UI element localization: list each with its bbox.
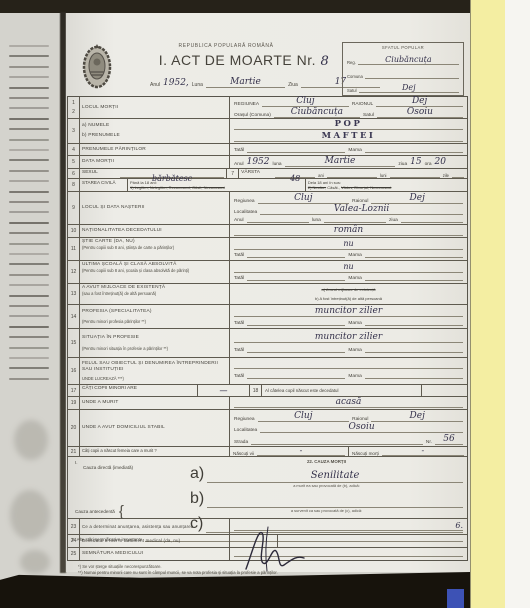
binding-stub-line: [9, 201, 49, 203]
binding-stub-line: [9, 347, 49, 349]
binding-stub-line: [9, 326, 49, 328]
binding-stub-line: [9, 97, 49, 99]
binding-stub-line: [9, 159, 49, 161]
field-content: nu Tatăl Mama: [230, 261, 467, 283]
corner-value: Dej: [402, 83, 416, 92]
binding-stub-line: [9, 243, 49, 245]
blue-mark: [447, 589, 464, 608]
scan-smudge: [14, 420, 48, 460]
row-number: 13: [68, 284, 80, 304]
row-number: 14: [68, 305, 80, 328]
form-table: 12 LOCUL MORȚII REGIUNEA Cluj RAIONUL De…: [67, 96, 468, 561]
scan-bottom-edge: [0, 572, 470, 608]
scan-smudge: [10, 490, 50, 540]
binding-stub-line: [9, 222, 49, 224]
binding-stub-line: [9, 118, 49, 120]
row-nume-prenume: 3 a) NUMELEb) PRENUMELE POP MAFTEI: [68, 119, 467, 144]
row-number: 15: [68, 329, 80, 357]
anul-value: 1952,: [163, 79, 189, 88]
binding-stub-line: [9, 305, 49, 307]
row-nationalitatea: 10 NAȚIONALITATEA DECEDATULUI român: [68, 225, 467, 238]
binding-stub-line: [9, 232, 49, 234]
field-label: ȘTIE CARTE (DA, NU) (Pentru copiii sub 8…: [80, 238, 230, 260]
field-label: LOCUL MORȚII: [80, 97, 230, 118]
row-number: 12: [68, 261, 80, 283]
row-stie-carte: 11 ȘTIE CARTE (DA, NU) (Pentru copiii su…: [68, 238, 467, 261]
coat-of-arms-icon: [80, 41, 114, 91]
field-content: nu Tatăl Mama: [230, 238, 467, 260]
hand-mark: 6.: [455, 521, 463, 530]
field-label: NAȚIONALITATEA DECEDATULUI: [80, 225, 230, 237]
field-label: A AVUT MIJLOACE DE EXISTENȚĂ (sau a fost…: [80, 284, 230, 304]
row-situatia-profesie: 15 SITUAȚIA ÎN PROFESIE (Pentru minori s…: [68, 329, 467, 358]
row-number: 24: [68, 535, 80, 547]
row-locul-mortii: 12 LOCUL MORȚII REGIUNEA Cluj RAIONUL De…: [68, 97, 467, 119]
field-label: CÂȚI COPII MINORI ARE: [80, 385, 198, 396]
country-title: REPUBLICA POPULARĂ ROMÂNĂ: [124, 43, 328, 49]
field-label: PRENUMELE PĂRINȚILOR: [80, 144, 230, 155]
binding-stub-line: [9, 45, 49, 47]
scan-top-edge: [0, 0, 470, 13]
field-label: UNDE A AVUT DOMICILIUL STABIL: [80, 410, 230, 446]
field-content: POP MAFTEI: [230, 119, 467, 143]
luna-label: Luna: [192, 82, 203, 88]
row-number: 23: [68, 519, 80, 534]
row-number: 6: [68, 169, 80, 178]
civil-status-over18: Dela 18 ani în sus: 2) Necăs., Căsăt., V…: [306, 179, 467, 191]
field-label: VÂRSTA: [239, 169, 275, 178]
corner-label: Reg.: [347, 60, 356, 65]
row-number: 21: [68, 447, 80, 456]
row-copii-minori: 17 CÂȚI COPII MINORI ARE — 18 Al câtelea…: [68, 385, 467, 397]
row-determinat: 23 Ce a determinat anunțarea, asistența …: [68, 519, 467, 535]
act-number: 8: [320, 54, 329, 69]
field-label: PROFESIA (SPECIALITATEA) (Pentru minori …: [80, 305, 230, 328]
death-place-value: acasă: [336, 397, 362, 407]
binding-stub-line: [9, 128, 49, 130]
field-content: Anul 1952 luna Martie ziua 15 ora 20: [230, 156, 467, 168]
nationality-value: român: [334, 225, 363, 235]
born-alive: Născuți vii -: [230, 447, 348, 456]
certificate-page: REPUBLICA POPULARĂ ROMÂNĂ I. ACT DE MOAR…: [66, 13, 470, 572]
field-label: Ce a determinat anunțarea, asistența sau…: [80, 519, 230, 534]
row-data-mortii: 5 DATA MORȚII Anul 1952 luna Martie ziua…: [68, 156, 467, 169]
field-content: român: [230, 225, 467, 237]
binding-stub-line: [9, 76, 49, 78]
row-number: 12: [68, 97, 80, 118]
row-number: 19: [68, 397, 80, 409]
cause-direct-value: Senilitate: [311, 470, 360, 481]
binding-stub-line: [9, 66, 49, 68]
corner-label: Satul: [347, 88, 357, 93]
row-starea-civila: 8 STAREA CIVILĂ Până la 18 ani: 1) Legit…: [68, 179, 467, 192]
binding-stub-line: [9, 295, 49, 297]
binding-stub-line: [9, 149, 49, 151]
row-prenumele-parintilor: 4 PRENUMELE PĂRINȚILOR Tatăl Mama: [68, 144, 467, 156]
anul-label: Anul: [150, 82, 160, 88]
field-content: Regiunea Cluj Raionul Dej Localitatea Va…: [230, 192, 467, 224]
binding-stub-line: [9, 180, 49, 182]
field-label: SEMNĂTURA MEDICULUI: [80, 548, 230, 560]
row-copii-nascuti: 21 Câți copii a născut femeia care a mur…: [68, 447, 467, 457]
row-semnatura: 25 SEMNĂTURA MEDICULUI: [68, 548, 467, 560]
field-label: SITUAȚIA ÎN PROFESIE (Pentru minori situ…: [80, 329, 230, 357]
binding-stub-line: [9, 139, 49, 141]
binding-stub-line: [9, 336, 49, 338]
birth-order-box: [421, 385, 467, 396]
field-content: Tatăl Mama: [230, 358, 467, 384]
binding-stubs: [7, 45, 51, 395]
row-locul-nasterii: 9 LOCUL ȘI DATA NAȘTERII Regiunea Cluj R…: [68, 192, 467, 225]
field-label: ULTIMA ȘCOALĂ ȘI CLASĂ ABSOLVITĂ (Pentru…: [80, 261, 230, 283]
binding-stub-line: [9, 107, 49, 109]
document-title: I. ACT DE MOARTE Nr. 8: [118, 52, 370, 68]
sfatul-popular-title: SFATUL POPULAR: [347, 45, 459, 50]
row-number: 9: [68, 192, 80, 224]
luna-value: Martie: [230, 77, 261, 87]
row-number: 3: [68, 119, 80, 143]
field-content: Regiunea Cluj Raionul Dej Localitatea Os…: [230, 410, 467, 446]
option-a: a) A avut mijloace de existență: [234, 287, 463, 292]
row-sexul-varsta: 6 SEXUL bărbătesc 7 VÂRSTA 48 ani luni z…: [68, 169, 467, 179]
field-content: 6.: [230, 519, 467, 534]
field-content: REGIUNEA Cluj RAIONUL Dej Orașul (Comuna…: [230, 97, 467, 118]
cause-note-b: a survenit ca sau provocată de (c), adic…: [190, 508, 463, 513]
profession-value: muncitor zilier: [315, 306, 382, 316]
row-number: 16: [68, 358, 80, 384]
field-content: Tatăl Mama: [230, 144, 467, 155]
title-text: I. ACT DE MOARTE Nr.: [159, 52, 316, 68]
binding-stub-line: [9, 367, 49, 369]
field-label: STAREA CIVILĂ: [80, 179, 128, 191]
field-label: UNDE A MURIT: [80, 397, 230, 409]
binding-stub-line: [9, 378, 49, 380]
row-unde-a-murit: 19 UNDE A MURIT acasă: [68, 397, 467, 410]
binding-stub-line: [9, 211, 49, 213]
row-tratament: 24 Decedatul a fost în tratament medical…: [68, 535, 467, 548]
signature-area: [230, 548, 467, 560]
binding-stub-line: [9, 87, 49, 89]
civil-status-under18: Până la 18 ani: 1) Legitim, Nelegitim, R…: [128, 179, 305, 191]
ziua-label: Ziua: [288, 82, 298, 88]
row-cauza-mortii: I. Cauza directă (imediată) 22. CAUZA MO…: [68, 457, 467, 519]
corner-label: Comuna: [347, 74, 363, 79]
row-number: 11: [68, 238, 80, 260]
binding-stub-line: [9, 357, 49, 359]
birth-order-label: Al câtelea copil născut este decedatul: [262, 385, 421, 396]
row-ultima-scoala: 12 ULTIMA ȘCOALĂ ȘI CLASĂ ABSOLVITĂ (Pen…: [68, 261, 467, 284]
field-label: LOCUL ȘI DATA NAȘTERII: [80, 192, 230, 224]
cause-section-title: 22. CAUZA MORȚII: [190, 459, 463, 464]
binding-stub-line: [9, 274, 49, 276]
row-felul-intreprinderii: 16 FELUL SAU OBIECTUL ȘI DENUMIREA ÎNTRE…: [68, 358, 467, 385]
scan-smudge: [20, 550, 50, 574]
field-label: DATA MORȚII: [80, 156, 230, 168]
row-number: 10: [68, 225, 80, 237]
binding-stub-line: [9, 253, 49, 255]
deceased-surname: POP: [335, 119, 363, 129]
row-number: 25: [68, 548, 80, 560]
row-domiciliul: 20 UNDE A AVUT DOMICILIUL STABIL Regiune…: [68, 410, 467, 447]
row-number: 18: [250, 385, 262, 396]
row-number: 5: [68, 156, 80, 168]
field-content: muncitor zilier Tatăl Mama: [230, 329, 467, 357]
scanned-death-certificate: REPUBLICA POPULARĂ ROMÂNĂ I. ACT DE MOAR…: [0, 0, 530, 608]
scan-right-margin: [505, 0, 530, 608]
binding-stub-line: [9, 55, 49, 57]
row-number: 17: [68, 385, 80, 396]
sfatul-popular-box: SFATUL POPULAR Reg. Ciubăncuța Comuna Sa…: [342, 42, 464, 96]
born-dead: Născuți morți -: [349, 447, 467, 456]
row-number: 20: [68, 410, 80, 446]
binding-stub-line: [9, 263, 49, 265]
treatment-box: [230, 535, 278, 547]
cause-direct-label: I. Cauza directă (imediată): [72, 459, 190, 488]
age-units: ani luni zile: [315, 169, 467, 178]
binding-stub-line: [9, 284, 49, 286]
field-label: Decedatul a fost în tratament medical (d…: [80, 535, 230, 547]
row-mijloace-existenta: 13 A AVUT MIJLOACE DE EXISTENȚĂ (sau a f…: [68, 284, 467, 305]
corner-value: Ciubăncuța: [385, 55, 432, 64]
deceased-firstname: MAFTEI: [322, 131, 376, 141]
yellow-strip: [470, 0, 505, 608]
field-content: muncitor zilier Tatăl Mama: [230, 305, 467, 328]
row-profesia: 14 PROFESIA (SPECIALITATEA) (Pentru mino…: [68, 305, 467, 329]
minor-children-value: —: [198, 385, 250, 396]
field-label: FELUL SAU OBIECTUL ȘI DENUMIREA ÎNTREPRI…: [80, 358, 230, 384]
row-number: 7: [227, 169, 239, 178]
binding-stub-line: [9, 170, 49, 172]
field-content: a) A avut mijloace de existență b) A fos…: [230, 284, 467, 304]
field-label: a) NUMELEb) PRENUMELE: [80, 119, 230, 143]
field-content: acasă: [230, 397, 467, 409]
binding-stub-line: [9, 315, 49, 317]
row-number: 4: [68, 144, 80, 155]
field-content: [278, 535, 467, 547]
row-number: 8: [68, 179, 80, 191]
field-label: SEXUL: [80, 169, 118, 178]
field-label: Câți copii a născut femeia care a murit …: [80, 447, 230, 456]
cause-note-a: a murit ea sau provocată de (b), adică:: [190, 483, 463, 488]
binding-stub-line: [9, 191, 49, 193]
option-b: b) A fost întreținut(ă) de altă persoană: [234, 296, 463, 301]
